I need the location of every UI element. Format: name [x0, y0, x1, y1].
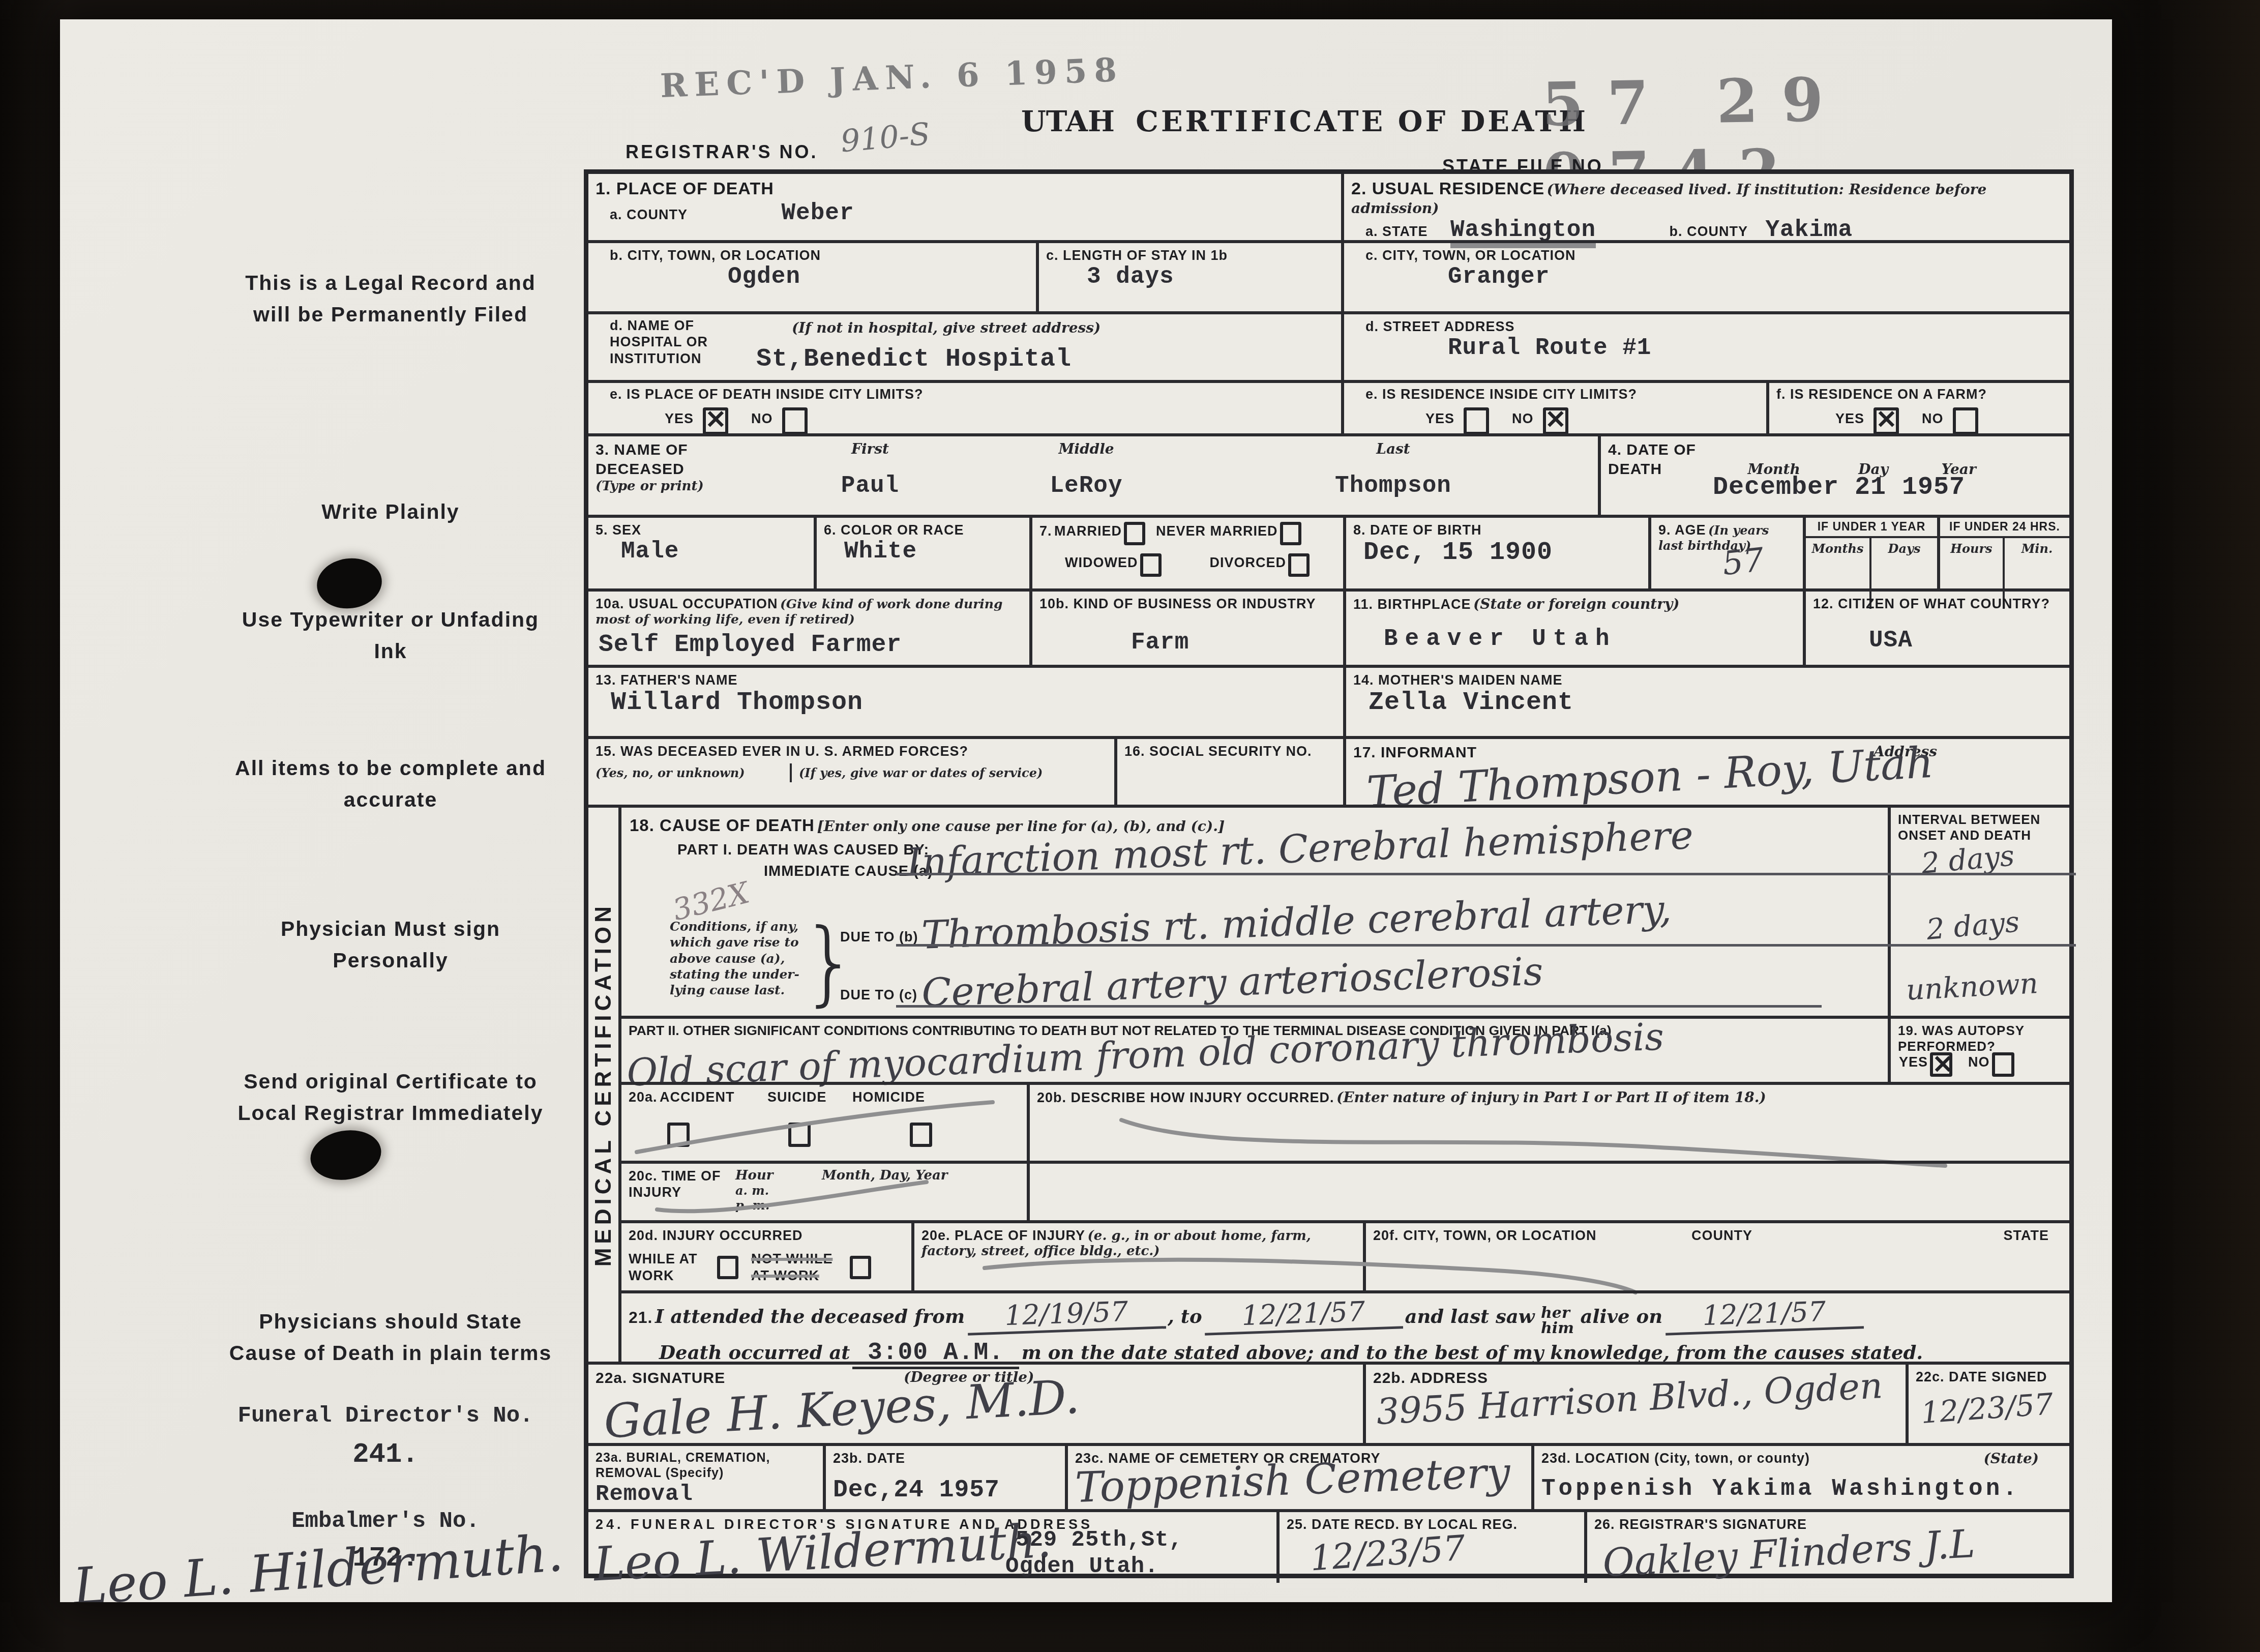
row-certifier: 22a. SIGNATURE (Degree or title) Gale H.…: [588, 1362, 2069, 1443]
row-occupation: 10a. USUAL OCCUPATION (Give kind of work…: [588, 588, 2069, 665]
received-date-stamp: REC'D JAN. 6 1958: [660, 51, 1124, 105]
death-date-title: 4. DATE OF DEATH: [1608, 440, 1705, 479]
sex-value: Male: [621, 538, 679, 565]
row-injury-place: 20d. INJURY OCCURRED WHILE AT WORK NOT W…: [621, 1220, 2069, 1290]
age-label: 9. AGE: [1658, 522, 1706, 538]
certifier-addr-label: 22b. ADDRESS: [1373, 1370, 1488, 1386]
certificate-title: UTAH CERTIFICATE OF DEATH: [1021, 105, 1588, 138]
box-place-of-death: 1. PLACE OF DEATH a. COUNTY Weber b. CIT…: [588, 174, 1341, 433]
widowed-label: WIDOWED: [1065, 555, 1138, 570]
medical-certification-strip: MEDICAL CERTIFICATION: [588, 805, 621, 1362]
cause-a-rule: [896, 873, 2076, 875]
injury-c-label: 20c. TIME OF: [629, 1168, 735, 1184]
place-limits-label: e. IS PLACE OF DEATH INSIDE CITY LIMITS?: [610, 387, 924, 402]
deceased-hint: (Type or print): [596, 479, 704, 494]
attended-from-value: 12/19/57: [967, 1294, 1166, 1336]
field-citizen: 12. CITIZEN OF WHAT COUNTRY? USA: [1803, 592, 2069, 665]
interval-c-value: unknown: [1905, 967, 2039, 1007]
yes-label: YES: [665, 411, 694, 426]
residence-state-value: Washington: [1450, 217, 1596, 248]
field-under-1-year: IF UNDER 1 YEAR Months Days: [1803, 518, 1937, 588]
injury-county-label: COUNTY: [1691, 1227, 1752, 1244]
last-name-value: Thompson: [1196, 473, 1591, 499]
residence-city-label: c. CITY, TOWN, OR LOCATION: [1365, 248, 1576, 263]
field-cemetery-location: 23d. LOCATION (City, town, or county) (S…: [1531, 1446, 2069, 1509]
attended-text6: m on the date stated above; and to the b…: [1022, 1341, 1923, 1364]
never-married-label: NEVER MARRIED: [1156, 523, 1278, 539]
am-label: a. m.: [735, 1183, 822, 1198]
cause-of-death-main: 18. CAUSE OF DEATH [Enter only one cause…: [621, 808, 1888, 1016]
checkbox-place-limits-no: [782, 407, 808, 435]
residence-city-value: Granger: [1448, 263, 1550, 290]
armed-forces-hint2: (If yes, give war or dates of service): [792, 763, 1114, 782]
injury-b-hint: (Enter nature of injury in Part I or Par…: [1336, 1089, 1766, 1106]
place-city-value: Ogden: [728, 263, 800, 290]
residence-state-label: a. STATE: [1365, 224, 1428, 239]
no-label: NO: [751, 411, 773, 426]
due-to-b-label: DUE TO (b): [840, 929, 918, 945]
field-injury-occurred: 20d. INJURY OCCURRED WHILE AT WORK NOT W…: [621, 1223, 911, 1290]
injury-b-label: 20b. DESCRIBE HOW INJURY OCCURRED.: [1037, 1090, 1334, 1105]
first-name-value: Paul: [763, 473, 977, 499]
row-time-of-injury: 20c. TIME OF INJURY Hour a. m. p. m. Mon…: [621, 1161, 2069, 1220]
under1-label: IF UNDER 1 YEAR: [1806, 518, 1937, 538]
margin-note: Physicians should State Cause of Death i…: [228, 1306, 553, 1369]
occupation-label: 10a. USUAL OCCUPATION: [596, 596, 778, 611]
citizen-value: USA: [1869, 627, 2062, 654]
field-armed-forces: 15. WAS DECEASED EVER IN U. S. ARMED FOR…: [588, 739, 1114, 805]
residence-county-value: Yakima: [1765, 217, 1853, 243]
checkbox-place-limits-yes: [703, 407, 728, 435]
mdy-label: Month, Day, Year: [822, 1168, 948, 1213]
field-date-signed: 22c. DATE SIGNED 12/23/57: [1906, 1365, 2069, 1443]
field-mother-name: 14. MOTHER'S MAIDEN NAME Zella Vincent: [1343, 668, 2069, 736]
deceased-title: 3. NAME OF DECEASED: [596, 441, 688, 478]
cause-c-rule: [896, 1005, 1822, 1008]
armed-forces-hint1: (Yes, no, or unknown): [588, 763, 792, 782]
checkbox-suicide: [788, 1123, 811, 1147]
birth-value: Dec, 15 1900: [1363, 538, 1553, 567]
funeral-director-address2: Ogden Utah.: [1005, 1554, 1158, 1579]
length-of-stay-value: 3 days: [1087, 263, 1174, 290]
field-describe-injury: 20b. DESCRIBE HOW INJURY OCCURRED. (Ente…: [1027, 1085, 2069, 1161]
disposition-d-value: Toppenish Yakima Washington.: [1541, 1476, 2062, 1502]
field-ssn: 16. SOCIAL SECURITY NO.: [1114, 739, 1343, 805]
length-of-stay-label: c. LENGTH OF STAY IN 1b: [1046, 248, 1228, 263]
place-city-label: b. CITY, TOWN, OR LOCATION: [610, 248, 821, 263]
row-injury-type: 20a. ACCIDENT SUICIDE HOMICIDE 20b. DESC…: [621, 1082, 2069, 1161]
checkbox-homicide: [910, 1123, 932, 1147]
attended-text2: , to: [1168, 1305, 1202, 1327]
time-of-injury-blank: [1027, 1164, 2069, 1220]
registrar-no-label: REGISTRAR'S NO.: [626, 141, 818, 163]
first-name-label: First: [763, 440, 977, 457]
attended-no: 21.: [629, 1308, 652, 1326]
registrar-label: 26. REGISTRAR'S SIGNATURE: [1594, 1517, 1807, 1532]
interval-column: INTERVAL BETWEEN ONSET AND DEATH 2 days …: [1888, 808, 2069, 1016]
margin-note: This is a Legal Record and will be Perma…: [228, 268, 553, 330]
row-place-residence: 1. PLACE OF DEATH a. COUNTY Weber b. CIT…: [588, 174, 2069, 433]
margin-note: Physician Must sign Personally: [228, 913, 553, 976]
attended-to-value: 12/21/57: [1204, 1294, 1403, 1336]
street-address-value: Rural Route #1: [1448, 335, 1651, 361]
checkbox-widowed: [1140, 553, 1162, 577]
injury-f-label: 20f. CITY, TOWN, OR LOCATION: [1373, 1228, 1597, 1243]
injury-d-label: 20d. INJURY OCCURRED: [629, 1227, 904, 1244]
no-label: NO: [1922, 411, 1944, 426]
marital-no: 7.: [1039, 523, 1052, 539]
divorced-label: DIVORCED: [1209, 555, 1286, 570]
father-label: 13. FATHER'S NAME: [596, 672, 737, 688]
field-autopsy: 19. WAS AUTOPSY PERFORMED? YES NO: [1888, 1019, 2069, 1082]
accident-label: ACCIDENT: [660, 1089, 735, 1105]
field-occupation: 10a. USUAL OCCUPATION (Give kind of work…: [588, 592, 1029, 665]
disposition-d-label: 23d. LOCATION (City, town, or county): [1541, 1451, 1810, 1466]
mother-label: 14. MOTHER'S MAIDEN NAME: [1353, 672, 1562, 688]
her-label: her: [1541, 1306, 1574, 1321]
title-main: CERTIFICATE OF DEATH: [1136, 105, 1588, 138]
birth-label: 8. DATE OF BIRTH: [1353, 522, 1482, 538]
industry-label: 10b. KIND OF BUSINESS OR INDUSTRY: [1039, 596, 1316, 611]
field-cemetery-name: 23c. NAME OF CEMETERY OR CREMATORY Toppe…: [1065, 1446, 1531, 1509]
death-certificate-document: This is a Legal Record and will be Perma…: [60, 19, 2112, 1602]
checkbox-divorced: [1288, 553, 1310, 577]
row-cause-of-death: 18. CAUSE OF DEATH [Enter only one cause…: [621, 805, 2069, 1016]
no-label: NO: [1512, 411, 1534, 426]
residence-title: 2. USUAL RESIDENCE: [1351, 179, 1544, 198]
attended-text5: Death occurred at: [659, 1341, 850, 1364]
field-burial-type: 23a. BURIAL, CREMATION, REMOVAL (Specify…: [588, 1446, 823, 1509]
field-age: 9. AGE (In years last birthday) 57: [1648, 518, 1803, 588]
certifier-date: 12/23/57: [1920, 1386, 2055, 1430]
medical-certification-label: MEDICAL CERTIFICATION: [591, 902, 616, 1266]
birthplace-hint: (State or foreign country): [1473, 596, 1679, 612]
part1-label: PART I. DEATH WAS CAUSED BY:: [677, 841, 929, 859]
field-physician-address: 22b. ADDRESS 3955 Harrison Blvd., Ogden: [1363, 1365, 1906, 1443]
field-date-of-death: 4. DATE OF DEATH Month Day Year December…: [1598, 436, 2069, 515]
injury-a-no: 20a.: [629, 1089, 658, 1105]
not-while-at-work-label: NOT WHILE AT WORK: [751, 1251, 848, 1284]
box-usual-residence: 2. USUAL RESIDENCE (Where deceased lived…: [1341, 174, 2069, 433]
checkbox-married: [1124, 522, 1145, 545]
place-county-value: Weber: [781, 200, 854, 226]
field-father-name: 13. FATHER'S NAME Willard Thompson: [588, 668, 1343, 736]
row-part2-autopsy: PART II. OTHER SIGNIFICANT CONDITIONS CO…: [621, 1016, 2069, 1082]
registrar-no-value: 910-S: [839, 116, 931, 159]
row-name-deathdate: 3. NAME OF DECEASED (Type or print) Firs…: [588, 433, 2069, 515]
married-label: MARRIED: [1054, 523, 1122, 539]
due-to-c-label: DUE TO (c): [840, 987, 917, 1003]
margin-note: Send original Certificate to Local Regis…: [228, 1066, 553, 1129]
hospital-label: d. NAME OF HOSPITAL OR INSTITUTION: [610, 317, 762, 367]
disposition-a-label: 23a. BURIAL, CREMATION,: [596, 1450, 816, 1465]
disposition-a-label2: REMOVAL (Specify): [596, 1466, 724, 1480]
middle-name-value: LeRoy: [977, 473, 1196, 499]
checkbox-accident: [667, 1123, 690, 1147]
disposition-b-value: Dec,24 1957: [833, 1477, 1058, 1504]
occupation-value: Self Employed Farmer: [599, 631, 902, 659]
field-burial-date: 23b. DATE Dec,24 1957: [823, 1446, 1065, 1509]
injury-state-label: STATE: [2004, 1227, 2049, 1244]
funeral-director-number-label: Funeral Director's No.: [192, 1402, 579, 1431]
field-name-of-deceased: 3. NAME OF DECEASED (Type or print) Firs…: [588, 436, 1598, 515]
attended-text4: alive on: [1580, 1305, 1662, 1327]
him-label: him: [1541, 1321, 1574, 1336]
field-sex: 5. SEX Male: [588, 518, 814, 588]
field-injury-city: 20f. CITY, TOWN, OR LOCATION COUNTY STAT…: [1363, 1223, 2069, 1290]
cause-label: 18. CAUSE OF DEATH: [630, 816, 815, 835]
certificate-table: 1. PLACE OF DEATH a. COUNTY Weber b. CIT…: [584, 169, 2074, 1578]
suicide-label: SUICIDE: [767, 1089, 827, 1105]
no-label: NO: [1968, 1054, 1990, 1070]
last-seen-value: 12/21/57: [1664, 1294, 1863, 1336]
field-accident-suicide-homicide: 20a. ACCIDENT SUICIDE HOMICIDE: [621, 1085, 1027, 1161]
funeral-director-number: 241.: [192, 1437, 579, 1473]
autopsy-label: 19. WAS AUTOPSY PERFORMED?: [1898, 1023, 2062, 1054]
certifier-sig-label: 22a. SIGNATURE: [596, 1370, 725, 1386]
last-name-label: Last: [1196, 440, 1591, 457]
row-registration: 24. FUNERAL DIRECTOR'S SIGNATURE AND ADD…: [588, 1509, 2069, 1583]
field-funeral-director: 24. FUNERAL DIRECTOR'S SIGNATURE AND ADD…: [588, 1512, 1276, 1583]
disposition-b-label: 23b. DATE: [833, 1451, 905, 1466]
field-race: 6. COLOR OR RACE White: [814, 518, 1029, 588]
margin-note: Use Typewriter or Unfading Ink: [228, 604, 553, 667]
margin-note: All items to be complete and accurate: [228, 753, 553, 815]
residence-county-label: b. COUNTY: [1669, 224, 1748, 239]
informant-label: 17. INFORMANT: [1353, 744, 1477, 761]
checkbox-autopsy-no: [1992, 1052, 2014, 1077]
hour-label: Hour: [735, 1168, 822, 1183]
checkbox-residence-farm-no: [1953, 407, 1978, 435]
certifier-date-label: 22c. DATE SIGNED: [1916, 1369, 2047, 1384]
checkbox-while-at-work: [717, 1256, 738, 1279]
punch-hole: [307, 1125, 385, 1186]
age-value: 57: [1720, 541, 1766, 583]
field-marital-status: 7. MARRIED NEVER MARRIED WIDOWED DIVORCE…: [1029, 518, 1343, 588]
row-sex-race-birth: 5. SEX Male 6. COLOR OR RACE White 7. MA…: [588, 515, 2069, 588]
certificate-form: REC'D JAN. 6 1958 REGISTRAR'S NO. 910-S …: [584, 19, 2112, 1602]
attended-text1: I attended the deceased from: [655, 1305, 965, 1327]
field-under-24-hrs: IF UNDER 24 HRS. Hours Min.: [1937, 518, 2069, 588]
residence-limits-label: e. IS RESIDENCE INSIDE CITY LIMITS?: [1365, 387, 1637, 402]
street-address-label: d. STREET ADDRESS: [1365, 319, 1515, 334]
field-place-of-injury: 20e. PLACE OF INJURY (e. g., in or about…: [911, 1223, 1363, 1290]
yes-label: YES: [1899, 1054, 1928, 1070]
residence-farm-label: f. IS RESIDENCE ON A FARM?: [1776, 387, 1987, 402]
local-reg-value: 12/23/57: [1309, 1528, 1467, 1579]
race-value: White: [844, 538, 917, 565]
disposition-d-hint: (State): [1983, 1450, 2039, 1467]
ssn-label: 16. SOCIAL SECURITY NO.: [1124, 744, 1312, 759]
pm-label: p. m.: [735, 1198, 822, 1213]
checkbox-never-married: [1280, 522, 1301, 545]
disposition-a-value: Removal: [596, 1482, 816, 1507]
cause-b-value: Thrombosis rt. middle cerebral artery,: [921, 886, 1672, 957]
row-disposition: 23a. BURIAL, CREMATION, REMOVAL (Specify…: [588, 1443, 2069, 1509]
interval-b-value: 2 days: [1925, 905, 2021, 947]
industry-value: Farm: [1131, 629, 1336, 656]
field-registrar-signature: 26. REGISTRAR'S SIGNATURE Oakley Flinder…: [1584, 1512, 2069, 1583]
checkbox-not-while-at-work: [850, 1256, 871, 1279]
row-attended: 21. I attended the deceased from 12/19/5…: [621, 1290, 2069, 1362]
field-time-of-injury: 20c. TIME OF INJURY Hour a. m. p. m. Mon…: [621, 1164, 1027, 1220]
checkbox-residence-farm-yes: [1874, 407, 1899, 435]
birthplace-value: Beaver Utah: [1384, 626, 1796, 652]
while-at-work-label: WHILE AT WORK: [629, 1251, 715, 1284]
place-title: 1. PLACE OF DEATH: [596, 179, 774, 198]
middle-name-label: Middle: [977, 440, 1196, 457]
conditions-note: Conditions, if any, which gave rise to a…: [670, 919, 802, 998]
interval-label: INTERVAL BETWEEN ONSET AND DEATH: [1898, 812, 2062, 843]
citizen-label: 12. CITIZEN OF WHAT COUNTRY?: [1813, 596, 2050, 611]
injury-e-label: 20e. PLACE OF INJURY: [921, 1228, 1085, 1243]
local-reg-label: 25. DATE RECD. BY LOCAL REG.: [1287, 1517, 1518, 1532]
margin-note: Write Plainly: [228, 496, 553, 528]
yes-label: YES: [1425, 411, 1454, 426]
checkbox-autopsy-yes: [1930, 1052, 1952, 1077]
field-date-of-birth: 8. DATE OF BIRTH Dec, 15 1900: [1343, 518, 1648, 588]
death-date-value: December 21 1957: [1713, 473, 1965, 502]
part2-main: PART II. OTHER SIGNIFICANT CONDITIONS CO…: [621, 1019, 1888, 1082]
homicide-label: HOMICIDE: [852, 1089, 925, 1105]
funeral-director-address1: 529 25th,St,: [1016, 1527, 1183, 1553]
under24-label: IF UNDER 24 HRS.: [1940, 518, 2069, 538]
field-birthplace: 11. BIRTHPLACE (State or foreign country…: [1343, 592, 1803, 665]
hospital-hint: (If not in hospital, give street address…: [792, 319, 1101, 336]
cause-b-rule: [896, 944, 2076, 947]
yes-label: YES: [1835, 411, 1864, 426]
row-forces-informant: 15. WAS DECEASED EVER IN U. S. ARMED FOR…: [588, 736, 2069, 805]
mother-value: Zella Vincent: [1369, 688, 1573, 717]
father-value: Willard Thompson: [611, 688, 863, 717]
attended-text3: and last saw: [1405, 1305, 1534, 1327]
row-parents: 13. FATHER'S NAME Willard Thompson 14. M…: [588, 665, 2069, 736]
place-county-label: a. COUNTY: [610, 207, 688, 222]
sex-label: 5. SEX: [596, 522, 641, 538]
field-physician-signature: 22a. SIGNATURE (Degree or title) Gale H.…: [588, 1365, 1363, 1443]
checkbox-residence-limits-no: [1543, 407, 1568, 435]
checkbox-residence-limits-yes: [1464, 407, 1489, 435]
hospital-value: St,Benedict Hospital: [756, 345, 1072, 374]
field-attended-statement: 21. I attended the deceased from 12/19/5…: [621, 1293, 2069, 1362]
field-informant: 17. INFORMANT Address Ted Thompson - Roy…: [1343, 739, 2069, 805]
injury-c-label2: INJURY: [629, 1184, 735, 1200]
field-industry: 10b. KIND OF BUSINESS OR INDUSTRY Farm: [1029, 592, 1343, 665]
armed-forces-label: 15. WAS DECEASED EVER IN U. S. ARMED FOR…: [588, 739, 1114, 763]
race-label: 6. COLOR OR RACE: [824, 522, 964, 538]
field-date-received: 25. DATE RECD. BY LOCAL REG. 12/23/57: [1276, 1512, 1584, 1583]
title-utah: UTAH: [1021, 105, 1115, 138]
birthplace-label: 11. BIRTHPLACE: [1353, 597, 1471, 612]
